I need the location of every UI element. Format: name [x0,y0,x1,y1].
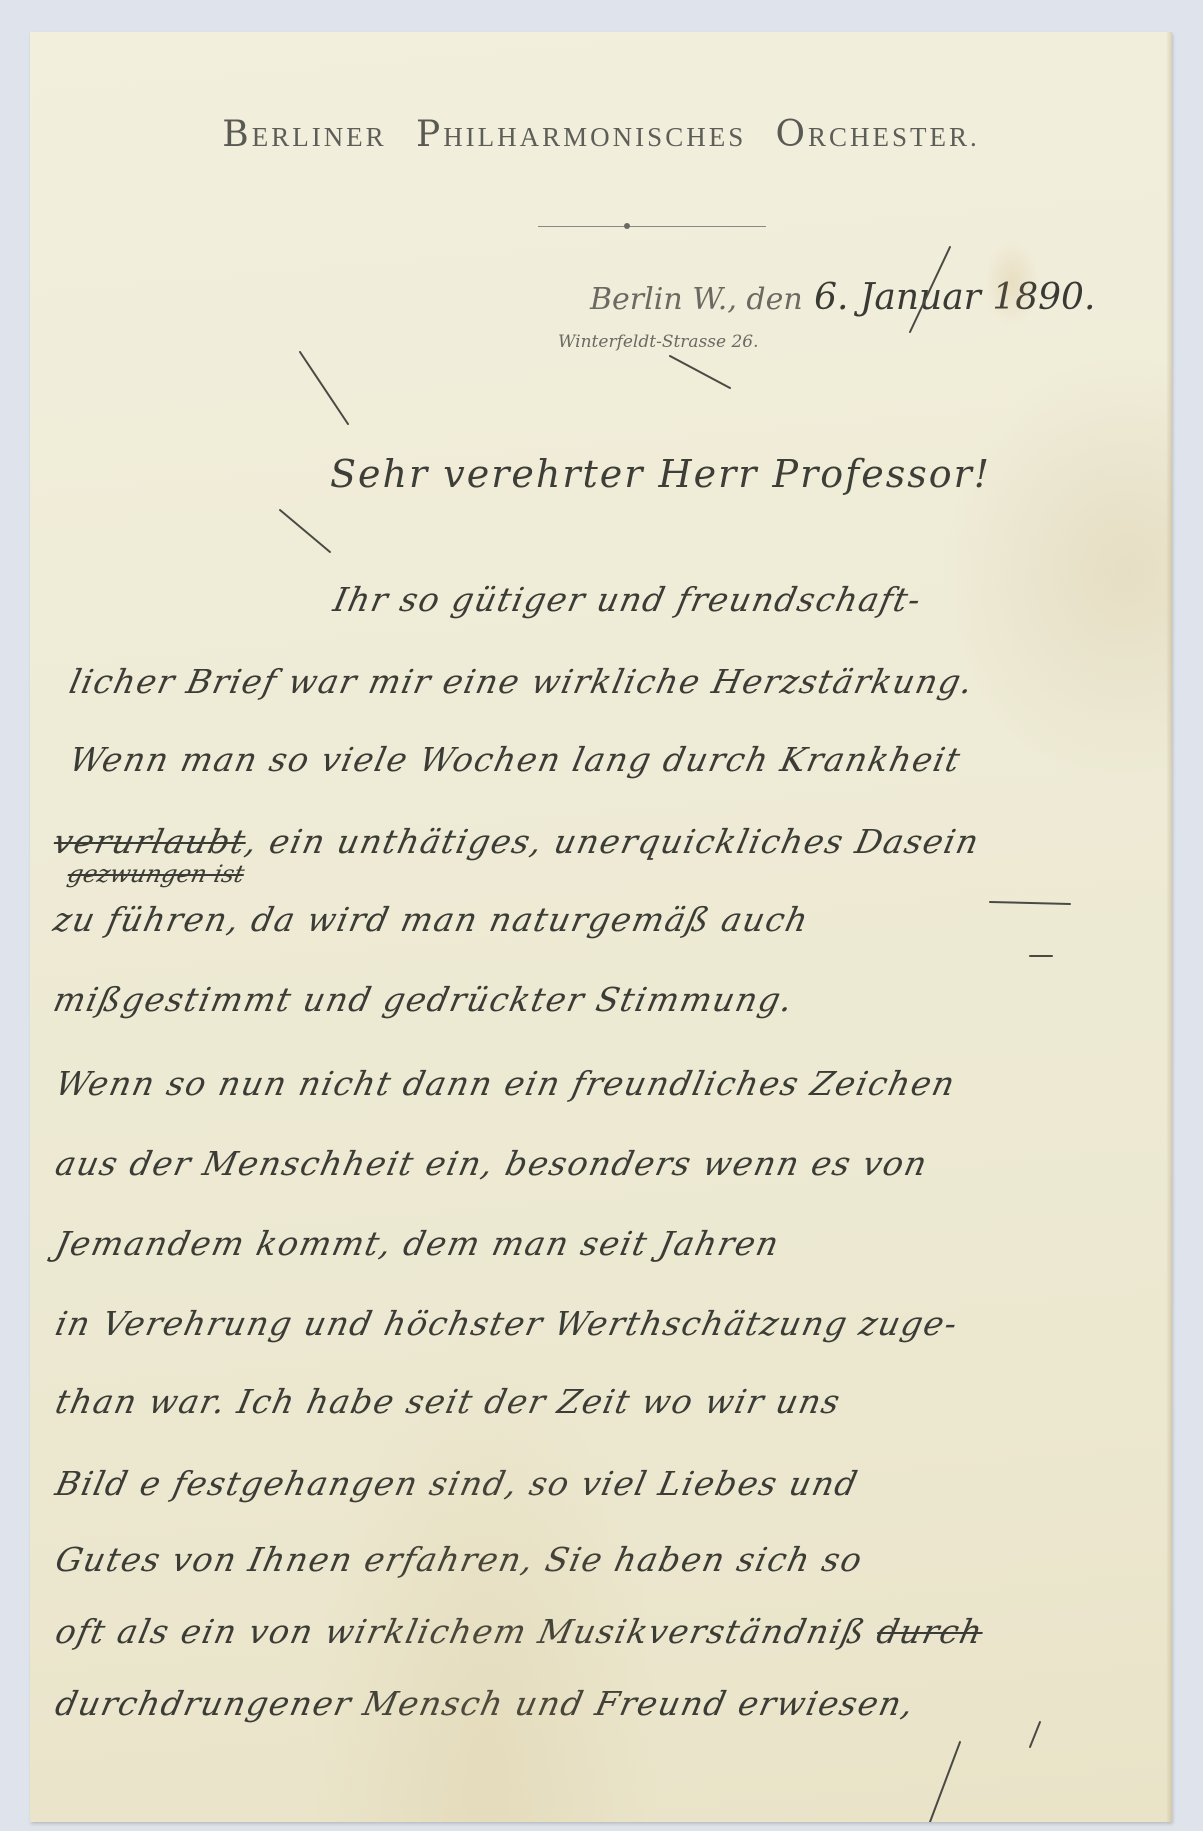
body-line-5: zu führen, da wird man naturgemäß auch [50,900,813,939]
interlinear-insertion-struck: gezwungen ist [65,860,247,888]
body-line-4: verurlaubt, ein unthätiges, unerquicklic… [50,822,983,861]
body-line-15: durchdrungener Mensch und Freund erwiese… [52,1684,918,1723]
body-line-7: Wenn so nun nicht dann ein freundliches … [52,1064,959,1103]
letter-body: Ihr so gütiger und freundschaft- licher … [30,32,1172,1822]
body-line-13: Gutes von Ihnen erfahren, Sie haben sich… [52,1540,867,1579]
body-line-1: Ihr so gütiger und freundschaft- [330,580,925,619]
body-line-8: aus der Menschheit ein, besonders wenn e… [52,1144,932,1183]
body-line-14: oft als ein von wirklichem Musikverständ… [52,1612,987,1651]
struck-word: verurlaubt [50,822,250,861]
body-line-11: than war. Ich habe seit der Zeit wo wir … [52,1382,845,1421]
letter-page: BERLINER PHILHARMONISCHES ORCHESTER. Ber… [30,32,1172,1822]
body-line-3: Wenn man so viele Wochen lang durch Kran… [66,740,965,779]
body-line-2: licher Brief war mir eine wirkliche Herz… [66,662,978,701]
body-line-9: Jemandem kommt, dem man seit Jahren [52,1224,784,1263]
struck-word: durch [873,1612,987,1651]
body-line-12: Bild e festgehangen sind, so viel Liebes… [52,1464,862,1503]
body-line-10: in Verehrung und höchster Werthschätzung… [52,1304,962,1343]
body-line-6: mißgestimmt und gedrückter Stimmung. [50,980,798,1019]
